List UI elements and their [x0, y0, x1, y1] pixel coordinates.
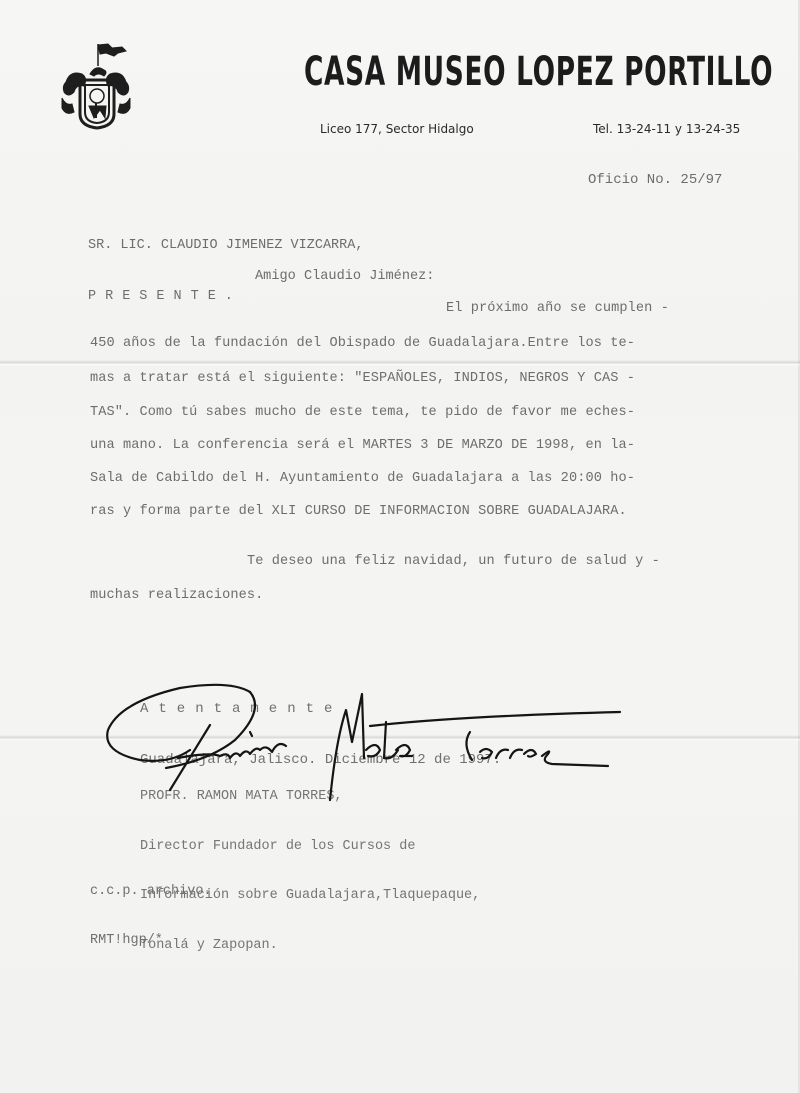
coat-of-arms-icon [56, 40, 136, 132]
letterhead-title: CASA MUSEO LOPEZ PORTILLO [304, 52, 608, 92]
letter-paper: CASA MUSEO LOPEZ PORTILLO Liceo 177, Sec… [0, 0, 800, 1093]
closing-atentamente: Atentamente [140, 701, 501, 718]
signer-block: PROFR. RAMON MATA TORRES, Director Funda… [140, 756, 480, 987]
recipient-name: SR. LIC. CLAUDIO JIMENEZ VIZCARRA, [88, 237, 363, 254]
recipient-presente: PRESENTE. [88, 288, 363, 305]
reference-number: Oficio No. 25/97 [588, 172, 722, 188]
signer-title-line: Tonalá y Zapopan. [140, 938, 480, 955]
body-line: 450 años de la fundación del Obispado de… [90, 336, 635, 351]
paper-fold-line [0, 360, 800, 366]
body-line: Sala de Cabildo del H. Ayuntamiento de G… [90, 471, 635, 486]
body-line: Te deseo una feliz navidad, un futuro de… [247, 554, 660, 569]
body-line: mas a tratar está el siguiente: "ESPAÑOL… [90, 371, 635, 386]
letterhead-phone: Tel. 13-24-11 y 13-24-35 [593, 122, 740, 136]
body-line: una mano. La conferencia será el MARTES … [90, 438, 635, 453]
carbon-copy-note: c.c.p. archivo. [90, 884, 212, 899]
signer-title-line: Director Fundador de los Cursos de [140, 839, 480, 856]
signer-name: PROFR. RAMON MATA TORRES, [140, 789, 480, 806]
body-line: El próximo año se cumplen - [446, 301, 669, 316]
letterhead-address: Liceo 177, Sector Hidalgo [320, 122, 474, 136]
body-line: TAS". Como tú sabes mucho de este tema, … [90, 405, 635, 420]
body-line: muchas realizaciones. [90, 588, 263, 603]
salutation: Amigo Claudio Jiménez: [255, 269, 434, 284]
typist-initials: RMT!hgp/* [90, 933, 163, 948]
body-line: ras y forma parte del XLI CURSO DE INFOR… [90, 504, 627, 519]
